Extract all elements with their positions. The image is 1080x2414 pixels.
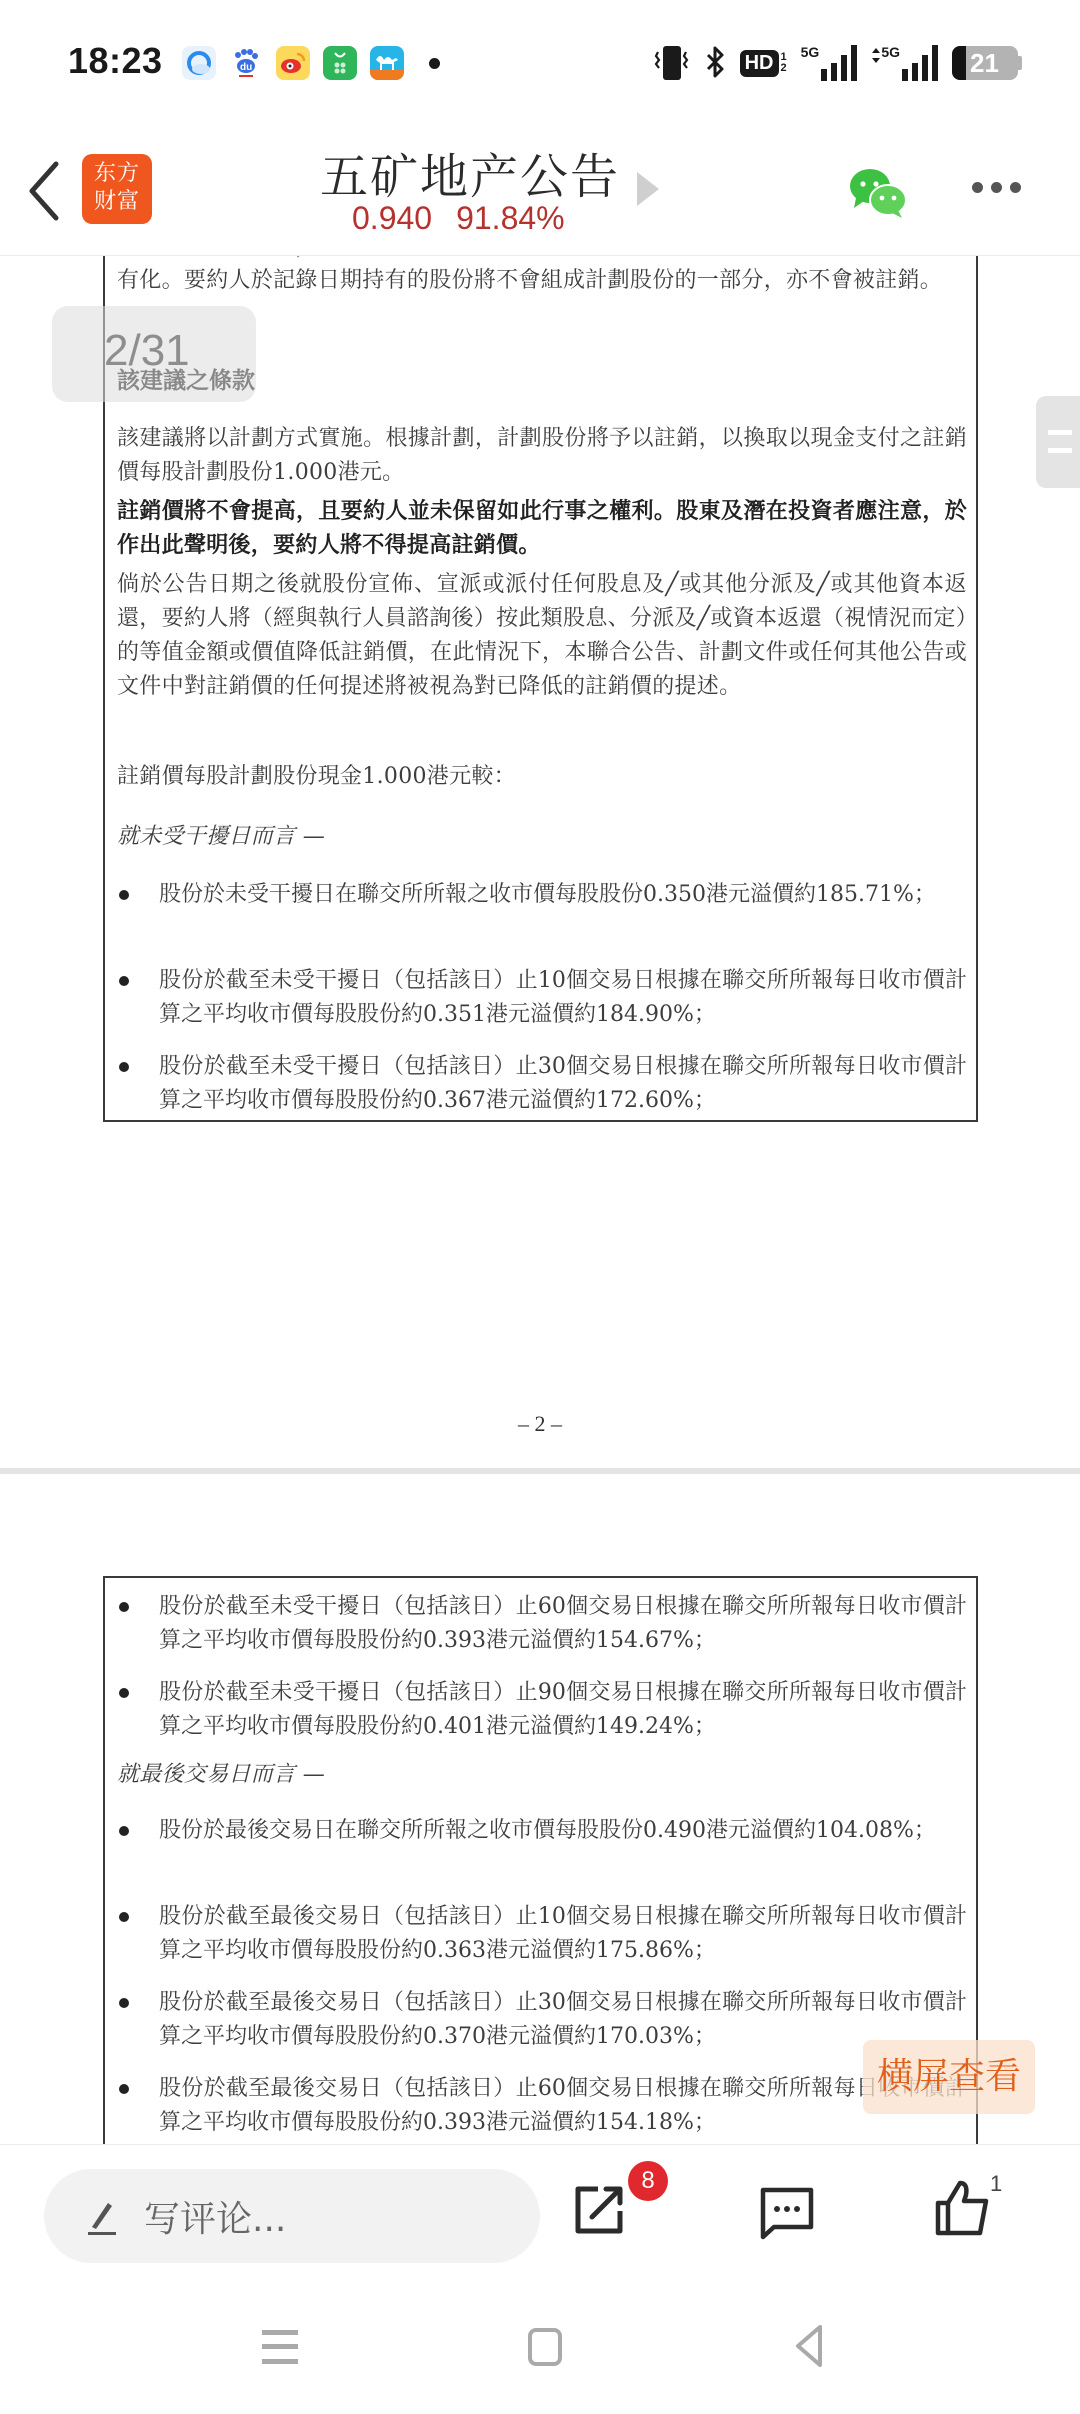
clock: 18:23	[68, 40, 163, 82]
more-notifications-dot	[429, 58, 440, 69]
baidu-icon: du	[229, 46, 263, 80]
weibo-icon	[276, 46, 310, 80]
signal-sim2-icon: 5G	[871, 44, 938, 82]
page-indicator: 2/31	[52, 306, 256, 402]
wechat-share-icon[interactable]	[846, 166, 910, 220]
paragraph: 註銷價每股計劃股份現金1.000港元較：	[117, 760, 967, 794]
comment-input[interactable]: 写评论...	[44, 2169, 540, 2263]
home-button[interactable]	[528, 2328, 562, 2366]
notification-icons: du	[182, 46, 440, 80]
document-page-3: 股份於截至未受干擾日（包括該日）止60個交易日根據在聯交所所報每日收市價計算之平…	[103, 1576, 978, 2144]
eastmoney-logo: 东方 财富	[82, 154, 152, 224]
like-count: 1	[990, 2171, 1002, 2197]
bullet-icon	[119, 1912, 129, 1922]
pencil-icon	[86, 2197, 118, 2237]
svg-text:du: du	[240, 62, 252, 73]
page-title: 五矿地产公告	[320, 138, 620, 207]
dot	[972, 182, 983, 193]
system-nav-bar	[0, 2264, 1080, 2414]
share-icon	[572, 2181, 628, 2237]
bullet-icon	[119, 890, 129, 900]
bullet-icon	[119, 1688, 129, 1698]
bullet-icon	[119, 1062, 129, 1072]
system-indicators: HD 12 5G 5G 21	[654, 44, 1022, 82]
status-bar: 18:23 du HD 12 5G	[0, 0, 1080, 130]
paragraph: 該建議將以計劃方式實施。根據計劃，計劃股份將予以註銷，以換取以現金支付之註銷價每…	[117, 422, 967, 490]
bluetooth-icon	[704, 44, 726, 82]
battery-icon: 21	[952, 44, 1022, 82]
paragraph: 倘於公告日期之後就股份宣佈、宣派或派付任何股息及╱或其他分派及╱或其他資本返還，…	[117, 568, 967, 704]
stock-change-pct: 91.84%	[456, 200, 565, 237]
page-divider	[0, 1468, 1080, 1474]
signal-sim1-icon: 5G	[801, 44, 858, 82]
app-store-icon	[323, 46, 357, 80]
dot	[991, 182, 1002, 193]
handle-line	[1048, 430, 1072, 435]
qq-browser-icon	[182, 46, 216, 80]
page-number: – 2 –	[0, 1411, 1080, 1437]
subsection-label: 就最後交易日而言 —	[117, 1758, 967, 1792]
subsection-label: 就未受干擾日而言 —	[117, 820, 967, 854]
recent-apps-button[interactable]	[262, 2328, 298, 2366]
side-drawer-handle[interactable]	[1036, 396, 1080, 488]
bullet-icon	[119, 1602, 129, 1612]
stock-quote[interactable]: 0.940 91.84%	[352, 200, 565, 237]
handle-line	[1048, 448, 1072, 453]
comment-bubble-icon	[758, 2185, 816, 2241]
bullet-icon	[119, 1998, 129, 2008]
paragraph-bold: 註銷價將不會提高，且要約人並未保留如此行事之權利。股東及潛在投資者應注意，於作出…	[117, 494, 967, 562]
paragraph: 有化。要約人於記錄日期持有的股份將不會組成計劃股份的一部分，亦不會被註銷。	[117, 264, 967, 298]
bullet-icon	[119, 2084, 129, 2094]
app-header: 东方 财富 五矿地产公告 0.940 91.84%	[0, 130, 1080, 256]
landscape-view-button[interactable]: 横屏查看	[863, 2040, 1035, 2114]
bullet-icon	[119, 1826, 129, 1836]
stock-price: 0.940	[352, 200, 432, 237]
like-button[interactable]	[932, 2177, 994, 2239]
pdf-viewer[interactable]: 劃股東提呈該建議，內容有關建議根據公司法第99條以計劃安排方式將本公司私 有化。…	[0, 256, 1080, 2144]
paragraph-cut: 劃股東提呈該建議，內容有關建議根據公司法第99條以計劃安排方式將本公司私	[117, 256, 967, 264]
thumbs-up-icon	[932, 2177, 994, 2239]
back-button[interactable]	[24, 156, 64, 226]
comments-button[interactable]	[758, 2185, 816, 2241]
next-arrow-icon[interactable]	[637, 172, 659, 206]
vibrate-icon	[654, 44, 690, 82]
bullet-icon	[119, 976, 129, 986]
camel-app-icon	[370, 46, 404, 80]
more-options-button[interactable]	[972, 182, 1021, 193]
dot	[1010, 182, 1021, 193]
share-count-badge: 8	[628, 2161, 668, 2201]
system-back-button[interactable]	[790, 2324, 830, 2368]
share-button[interactable]	[572, 2181, 628, 2237]
hd-voice-icon: HD 12	[740, 44, 787, 82]
bottom-action-bar: 写评论... 8 1	[0, 2144, 1080, 2264]
